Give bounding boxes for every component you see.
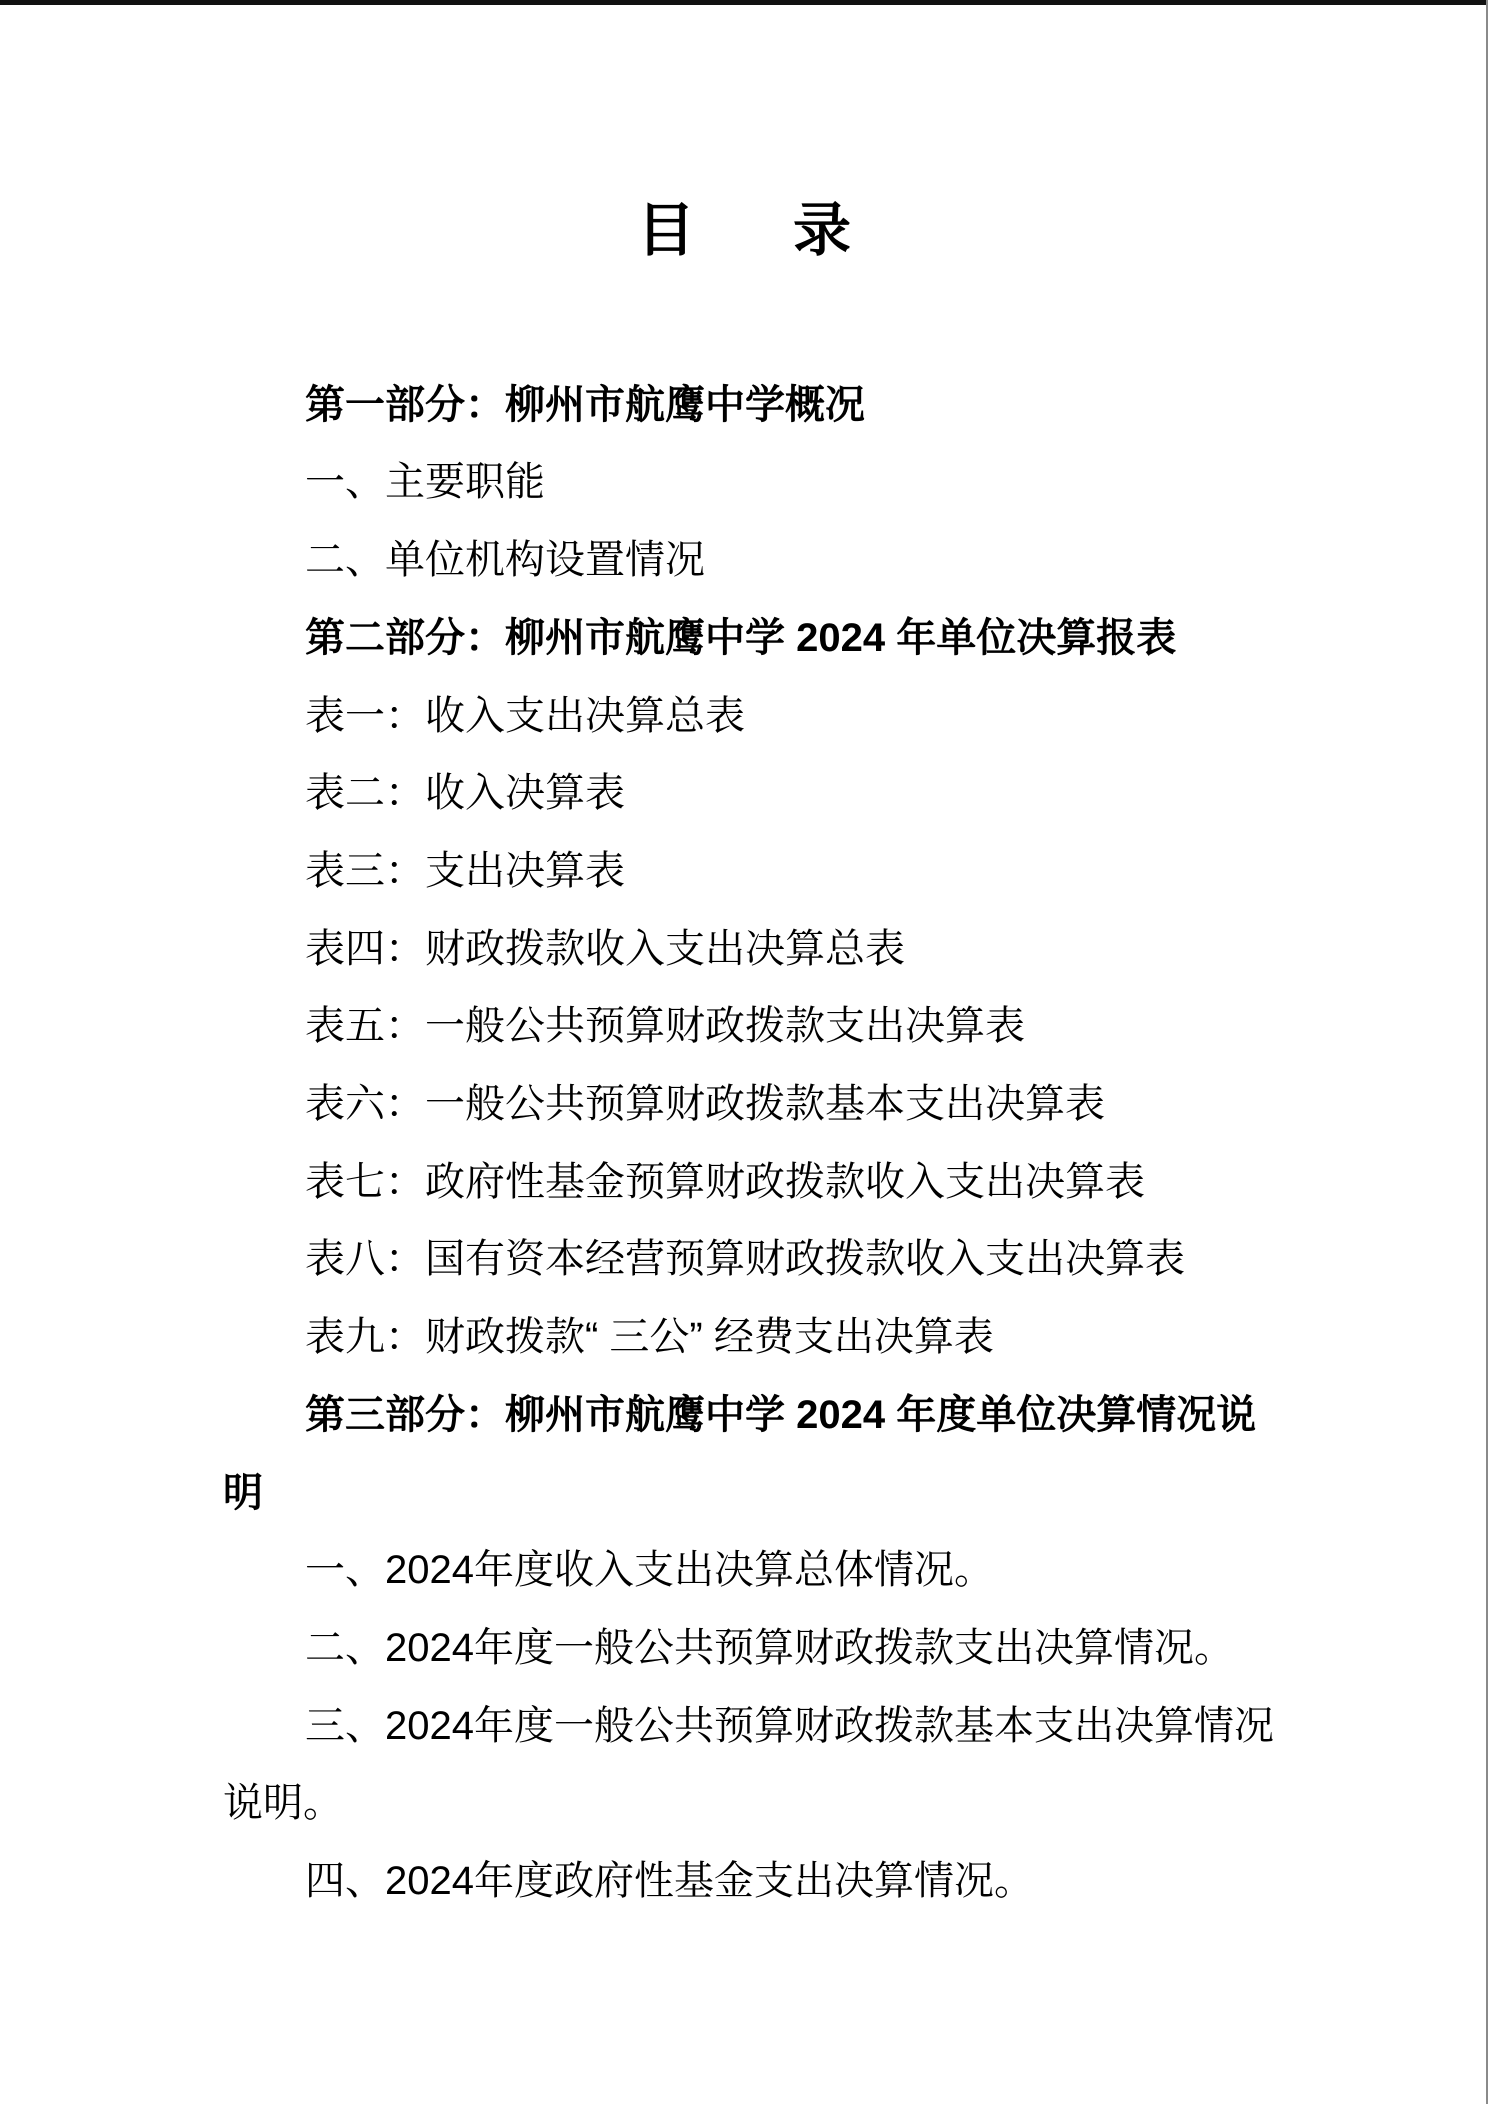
toc-entry: 一、2024年度收入支出决算总体情况。 [223, 1532, 1340, 1610]
toc-entry: 表五：一般公共预算财政拨款支出决算表 [223, 988, 1340, 1066]
toc-entry: 表八：国有资本经营预算财政拨款收入支出决算表 [223, 1221, 1340, 1299]
toc-entry: 表三：支出决算表 [223, 833, 1340, 911]
toc-entry: 表四：财政拨款收入支出决算总表 [223, 911, 1340, 989]
toc-entry: 第一部分：柳州市航鹰中学概况 [223, 367, 1340, 445]
toc-list: 第一部分：柳州市航鹰中学概况一、主要职能二、单位机构设置情况第二部分：柳州市航鹰… [0, 367, 1488, 1921]
toc-entry: 一、主要职能 [223, 444, 1340, 522]
scan-top-edge [0, 0, 1488, 5]
toc-entry: 三、2024年度一般公共预算财政拨款基本支出决算情况说明。 [223, 1688, 1340, 1843]
toc-entry: 表七：政府性基金预算财政拨款收入支出决算表 [223, 1144, 1340, 1222]
title-gap [695, 249, 793, 250]
page-title: 目录 [0, 0, 1488, 265]
toc-entry: 第二部分：柳州市航鹰中学 2024 年单位决算报表 [223, 600, 1340, 678]
toc-entry: 表六：一般公共预算财政拨款基本支出决算表 [223, 1066, 1340, 1144]
toc-entry: 二、单位机构设置情况 [223, 522, 1340, 600]
document-page: 目录 第一部分：柳州市航鹰中学概况一、主要职能二、单位机构设置情况第二部分：柳州… [0, 0, 1488, 2104]
toc-entry: 二、2024年度一般公共预算财政拨款支出决算情况。 [223, 1610, 1340, 1688]
toc-entry: 第三部分：柳州市航鹰中学 2024 年度单位决算情况说明 [223, 1377, 1340, 1532]
title-char-right: 录 [793, 198, 851, 263]
toc-entry: 表九：财政拨款“ 三公” 经费支出决算表 [223, 1299, 1340, 1377]
toc-entry: 表一：收入支出决算总表 [223, 678, 1340, 756]
toc-entry: 表二：收入决算表 [223, 755, 1340, 833]
title-char-left: 目 [637, 198, 695, 263]
toc-entry: 四、2024年度政府性基金支出决算情况。 [223, 1843, 1340, 1921]
